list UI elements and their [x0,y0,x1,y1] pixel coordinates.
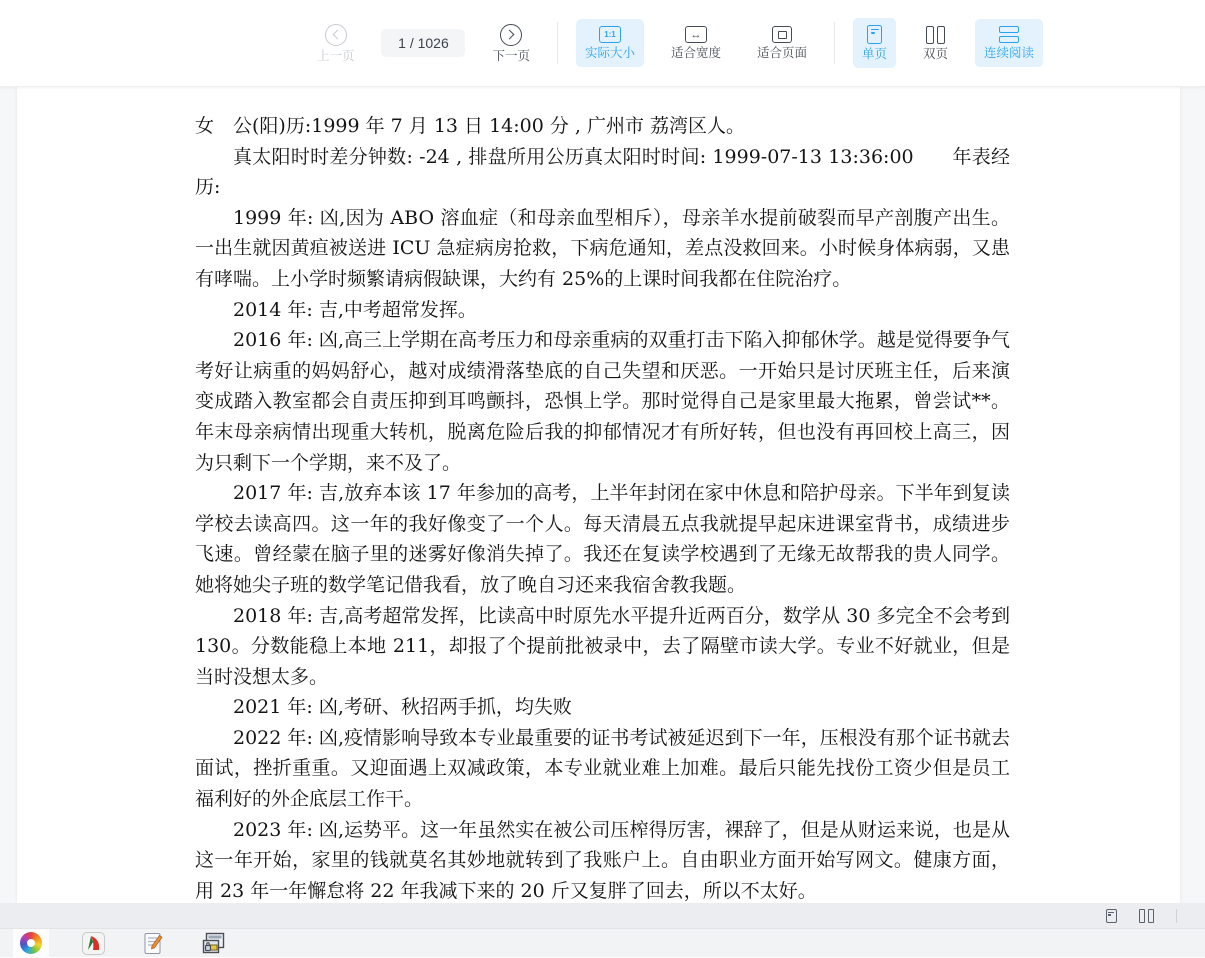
system-window-icon [202,932,225,954]
paragraph-2021: 2021 年: 凶,考研、秋招两手抓，均失败 [195,692,1010,723]
actual-size-button[interactable]: 1:1 实际大小 [576,19,644,67]
status-divider [1176,909,1177,923]
actual-size-label: 实际大小 [585,47,635,60]
toolbar-divider [834,22,835,64]
notepad-icon [142,932,164,955]
paragraph-2018: 2018 年: 吉,高考超常发挥，比读高中时原先水平提升近两百分，数学从 30 … [195,601,1010,693]
double-page-mode-button[interactable]: 双页 [914,18,957,68]
fit-width-label: 适合宽度 [671,47,721,60]
taskbar-browser-button[interactable] [13,929,49,958]
paragraph-2022: 2022 年: 凶,疫情影响导致本专业最重要的证书考试被延迟到下一年，压根没有那… [195,723,1010,815]
next-page-button[interactable]: 下一页 [483,17,539,70]
fit-page-button[interactable]: 适合页面 [748,19,816,67]
fit-width-button[interactable]: ↔ 适合宽度 [662,19,730,67]
paragraph-1999: 1999 年: 凶,因为 ABO 溶血症（和母亲血型相斥），母亲羊水提前破裂而早… [195,203,1010,295]
viewer-right-margin [1180,87,1205,903]
prev-page-label: 上一页 [317,50,355,63]
continuous-read-button[interactable]: 连续阅读 [975,19,1043,67]
viewer-left-margin [0,87,17,903]
paragraph-solar-time: 真太阳时时差分钟数: -24 , 排盘所用公历真太阳时时间: 1999-07-1… [195,142,1010,203]
status-double-page-icon[interactable] [1139,909,1155,923]
continuous-read-icon [999,26,1019,43]
reader-toolbar: 上一页 1 / 1026 下一页 1:1 实际大小 ↔ 适合宽度 适合页面 单页 [0,0,1205,87]
status-single-page-icon[interactable] [1106,909,1117,923]
page-text: 女 公(阳)历:1999 年 7 月 13 日 14:00 分 , 广州市 荔湾… [17,87,1180,903]
taskbar-notepad-button[interactable] [135,929,171,958]
os-taskbar [0,928,1205,957]
prev-page-button[interactable]: 上一页 [308,17,364,70]
next-page-label: 下一页 [492,50,530,63]
double-page-label: 双页 [923,48,948,61]
double-page-icon [926,25,945,44]
paragraph-2014: 2014 年: 吉,中考超常发挥。 [195,295,1010,326]
single-page-icon [867,25,882,44]
fit-page-label: 适合页面 [757,47,807,60]
document-viewer: 女 公(阳)历:1999 年 7 月 13 日 14:00 分 , 广州市 荔湾… [0,87,1205,928]
single-page-label: 单页 [862,48,887,61]
taskbar-pdf-reader-button[interactable] [75,929,111,958]
chevron-right-circle-icon [500,24,522,46]
one-to-one-icon: 1:1 [599,26,621,43]
toolbar-divider [557,22,558,64]
page-number-input[interactable]: 1 / 1026 [381,29,465,57]
paragraph-2017: 2017 年: 吉,放弃本该 17 年参加的高考，上半年封闭在家中休息和陪护母亲… [195,478,1010,600]
continuous-read-label: 连续阅读 [984,47,1034,60]
taskbar-system-window-button[interactable] [195,929,231,958]
paragraph-2023: 2023 年: 凶,运势平。这一年虽然实在被公司压榨得厉害，裸辞了，但是从财运来… [195,815,1010,903]
viewer-status-bar [0,903,1205,928]
fit-width-icon: ↔ [685,26,707,43]
document-page: 女 公(阳)历:1999 年 7 月 13 日 14:00 分 , 广州市 荔湾… [17,87,1180,903]
fit-page-icon [772,26,792,43]
pdf-reader-icon [82,932,105,955]
browser-pinwheel-icon [20,932,42,954]
paragraph-birth-info: 女 公(阳)历:1999 年 7 月 13 日 14:00 分 , 广州市 荔湾… [195,111,1010,142]
paragraph-2016: 2016 年: 凶,高三上学期在高考压力和母亲重病的双重打击下陷入抑郁休学。越是… [195,325,1010,478]
single-page-mode-button[interactable]: 单页 [853,18,896,68]
chevron-left-circle-icon [325,24,347,46]
